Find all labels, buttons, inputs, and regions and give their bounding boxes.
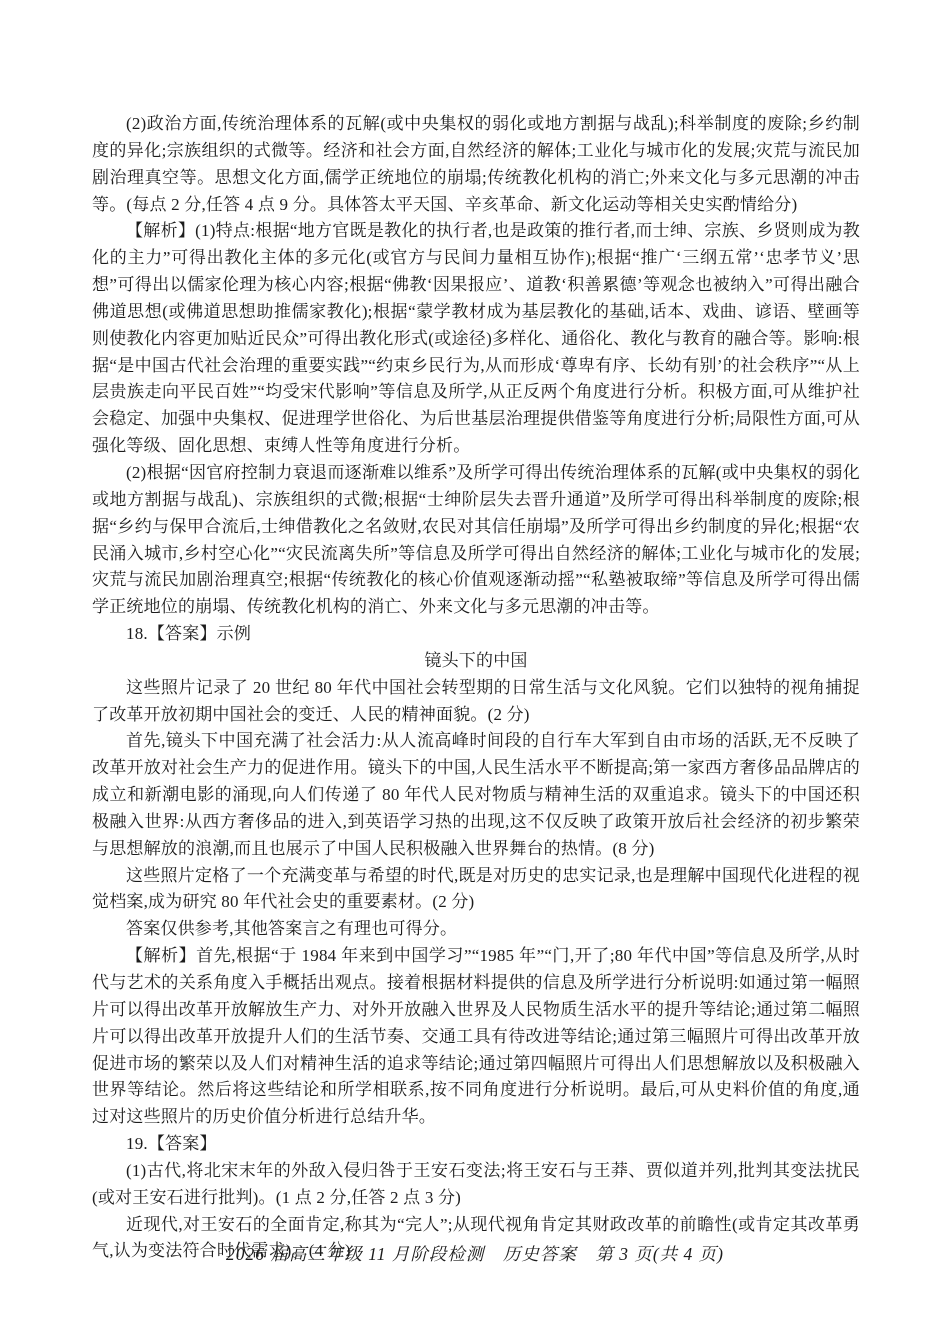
page-footer: 2026 届高三年级 11 月阶段检测 历史答案 第 3 页(共 4 页): [0, 1241, 950, 1267]
question-18-answer-label: 18.【答案】示例: [92, 621, 860, 648]
essay-paragraph: 这些照片定格了一个充满变革与希望的时代,既是对历史的忠实记录,也是理解中国现代化…: [92, 863, 860, 917]
answer-paragraph: (2)政治方面,传统治理体系的瓦解(或中央集权的弱化或地方割据与战乱);科举制度…: [92, 111, 860, 218]
essay-paragraph: 首先,镜头下中国充满了社会活力:从人流高峰时间段的自行车大军到自由市场的活跃,无…: [92, 728, 860, 862]
answer-paragraph: (1)古代,将北宋末年的外敌入侵归咎于王安石变法;将王安石与王莽、贾似道并列,批…: [92, 1158, 860, 1212]
analysis-paragraph: 【解析】首先,根据“于 1984 年来到中国学习”“1985 年”“门,开了;8…: [92, 943, 860, 1131]
essay-paragraph: 这些照片记录了 20 世纪 80 年代中国社会转型期的日常生活与文化风貌。它们以…: [92, 675, 860, 729]
answer-sheet-page: (2)政治方面,传统治理体系的瓦解(或中央集权的弱化或地方割据与战乱);科举制度…: [0, 0, 950, 1324]
analysis-paragraph: 【解析】(1)特点:根据“地方官既是教化的执行者,也是政策的推行者,而士绅、宗族…: [92, 218, 860, 460]
grading-note: 答案仅供参考,其他答案言之有理也可得分。: [92, 916, 860, 943]
document-content: (2)政治方面,传统治理体系的瓦解(或中央集权的弱化或地方割据与战乱);科举制度…: [92, 111, 860, 1265]
question-19-answer-label: 19.【答案】: [92, 1131, 860, 1158]
essay-title: 镜头下的中国: [92, 648, 860, 675]
analysis-paragraph: (2)根据“因官府控制力衰退而逐渐难以维系”及所学可得出传统治理体系的瓦解(或中…: [92, 460, 860, 621]
